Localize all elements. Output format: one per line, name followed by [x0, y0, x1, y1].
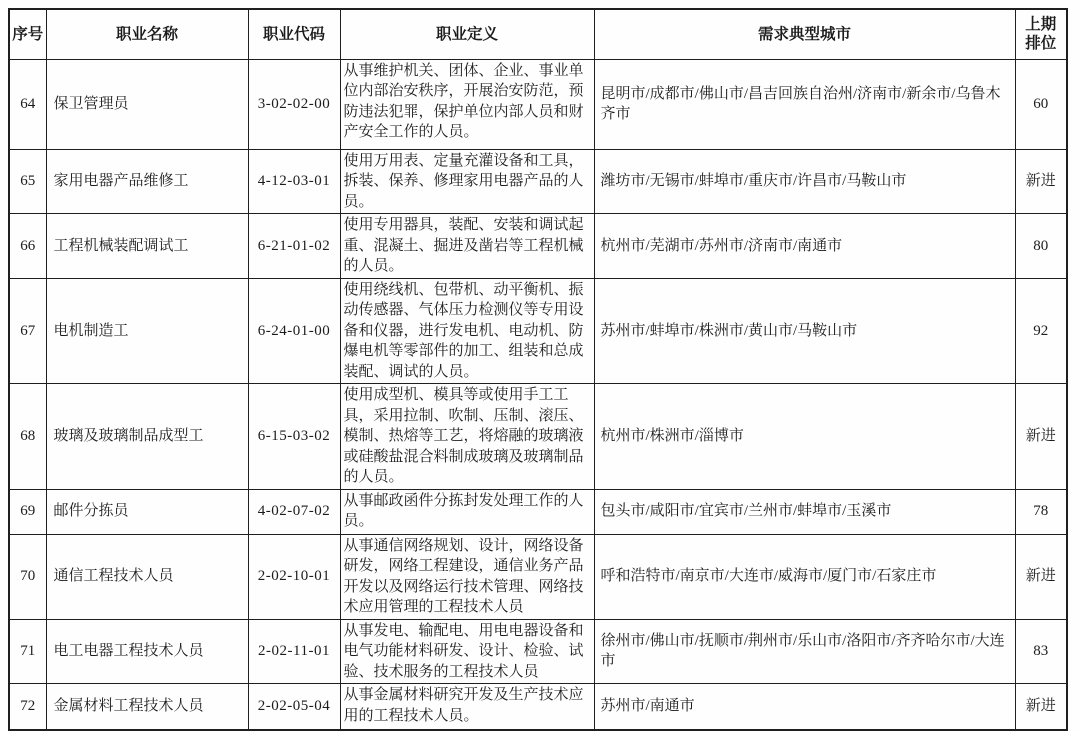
occupation-definition: 从事邮政函件分拣封发处理工作的人员。	[340, 489, 594, 534]
previous-rank: 60	[1015, 59, 1067, 149]
row-number: 69	[9, 489, 46, 534]
occupation-code: 6-15-03-02	[248, 384, 340, 490]
previous-rank: 80	[1015, 214, 1067, 279]
previous-rank: 新进	[1015, 384, 1067, 490]
occupation-name: 电工电器工程技术人员	[46, 619, 248, 684]
demand-cities: 杭州市/株洲市/淄博市	[594, 384, 1015, 490]
occupation-code: 3-02-02-00	[248, 59, 340, 149]
row-number: 65	[9, 149, 46, 214]
demand-cities: 苏州市/蚌埠市/株洲市/黄山市/马鞍山市	[594, 278, 1015, 384]
occupation-definition: 从事发电、输配电、用电电器设备和电气功能材料研发、设计、检验、试验、技术服务的工…	[340, 619, 594, 684]
table-row: 69 邮件分拣员 4-02-07-02 从事邮政函件分拣封发处理工作的人员。 包…	[9, 489, 1067, 534]
header-no: 序号	[9, 9, 46, 59]
occupation-name: 通信工程技术人员	[46, 534, 248, 619]
occupation-code: 6-24-01-00	[248, 278, 340, 384]
occupation-definition: 使用万用表、定量充灌设备和工具，拆装、保养、修理家用电器产品的人员。	[340, 149, 594, 214]
occupation-code: 2-02-10-01	[248, 534, 340, 619]
occupation-code: 2-02-05-04	[248, 684, 340, 730]
occupation-definition: 从事维护机关、团体、企业、事业单位内部治安秩序，开展治安防范，预防违法犯罪，保护…	[340, 59, 594, 149]
demand-cities: 徐州市/佛山市/抚顺市/荆州市/乐山市/洛阳市/齐齐哈尔市/大连市	[594, 619, 1015, 684]
previous-rank: 83	[1015, 619, 1067, 684]
demand-cities: 呼和浩特市/南京市/大连市/威海市/厦门市/石家庄市	[594, 534, 1015, 619]
table-row: 64 保卫管理员 3-02-02-00 从事维护机关、团体、企业、事业单位内部治…	[9, 59, 1067, 149]
header-demand-cities: 需求典型城市	[594, 9, 1015, 59]
table-row: 70 通信工程技术人员 2-02-10-01 从事通信网络规划、设计，网络设备研…	[9, 534, 1067, 619]
occupation-name: 金属材料工程技术人员	[46, 684, 248, 730]
occupation-code: 4-12-03-01	[248, 149, 340, 214]
header-occupation-code: 职业代码	[248, 9, 340, 59]
header-occupation-definition: 职业定义	[340, 9, 594, 59]
occupation-name: 家用电器产品维修工	[46, 149, 248, 214]
row-number: 68	[9, 384, 46, 490]
occupation-name: 电机制造工	[46, 278, 248, 384]
occupation-name: 工程机械装配调试工	[46, 214, 248, 279]
header-occupation-name: 职业名称	[46, 9, 248, 59]
previous-rank: 78	[1015, 489, 1067, 534]
row-number: 64	[9, 59, 46, 149]
row-number: 72	[9, 684, 46, 730]
table-header-row: 序号 职业名称 职业代码 职业定义 需求典型城市 上期排位	[9, 9, 1067, 59]
previous-rank: 92	[1015, 278, 1067, 384]
occupation-definition: 从事金属材料研究开发及生产技术应用的工程技术人员。	[340, 684, 594, 730]
occupation-name: 邮件分拣员	[46, 489, 248, 534]
previous-rank: 新进	[1015, 534, 1067, 619]
occupation-definition: 使用专用器具，装配、安装和调试起重、混凝土、掘进及凿岩等工程机械的人员。	[340, 214, 594, 279]
previous-rank: 新进	[1015, 684, 1067, 730]
occupation-code: 2-02-11-01	[248, 619, 340, 684]
row-number: 70	[9, 534, 46, 619]
demand-cities: 苏州市/南通市	[594, 684, 1015, 730]
previous-rank: 新进	[1015, 149, 1067, 214]
occupation-ranking-table: 序号 职业名称 职业代码 职业定义 需求典型城市 上期排位 64 保卫管理员 3…	[8, 8, 1068, 731]
row-number: 71	[9, 619, 46, 684]
row-number: 66	[9, 214, 46, 279]
header-previous-rank: 上期排位	[1015, 9, 1067, 59]
table-row: 72 金属材料工程技术人员 2-02-05-04 从事金属材料研究开发及生产技术…	[9, 684, 1067, 730]
row-number: 67	[9, 278, 46, 384]
table-row: 66 工程机械装配调试工 6-21-01-02 使用专用器具，装配、安装和调试起…	[9, 214, 1067, 279]
occupation-name: 保卫管理员	[46, 59, 248, 149]
demand-cities: 杭州市/芜湖市/苏州市/济南市/南通市	[594, 214, 1015, 279]
occupation-definition: 使用成型机、模具等或使用手工工具，采用拉制、吹制、压制、滚压、模制、热熔等工艺，…	[340, 384, 594, 490]
demand-cities: 包头市/咸阳市/宜宾市/兰州市/蚌埠市/玉溪市	[594, 489, 1015, 534]
occupation-name: 玻璃及玻璃制品成型工	[46, 384, 248, 490]
table-row: 65 家用电器产品维修工 4-12-03-01 使用万用表、定量充灌设备和工具，…	[9, 149, 1067, 214]
occupation-definition: 使用绕线机、包带机、动平衡机、振动传感器、气体压力检测仪等专用设备和仪器，进行发…	[340, 278, 594, 384]
occupation-code: 4-02-07-02	[248, 489, 340, 534]
demand-cities: 昆明市/成都市/佛山市/昌吉回族自治州/济南市/新余市/乌鲁木齐市	[594, 59, 1015, 149]
table-row: 71 电工电器工程技术人员 2-02-11-01 从事发电、输配电、用电电器设备…	[9, 619, 1067, 684]
table-row: 67 电机制造工 6-24-01-00 使用绕线机、包带机、动平衡机、振动传感器…	[9, 278, 1067, 384]
table-row: 68 玻璃及玻璃制品成型工 6-15-03-02 使用成型机、模具等或使用手工工…	[9, 384, 1067, 490]
occupation-code: 6-21-01-02	[248, 214, 340, 279]
occupation-definition: 从事通信网络规划、设计，网络设备研发，网络工程建设，通信业务产品开发以及网络运行…	[340, 534, 594, 619]
demand-cities: 潍坊市/无锡市/蚌埠市/重庆市/许昌市/马鞍山市	[594, 149, 1015, 214]
